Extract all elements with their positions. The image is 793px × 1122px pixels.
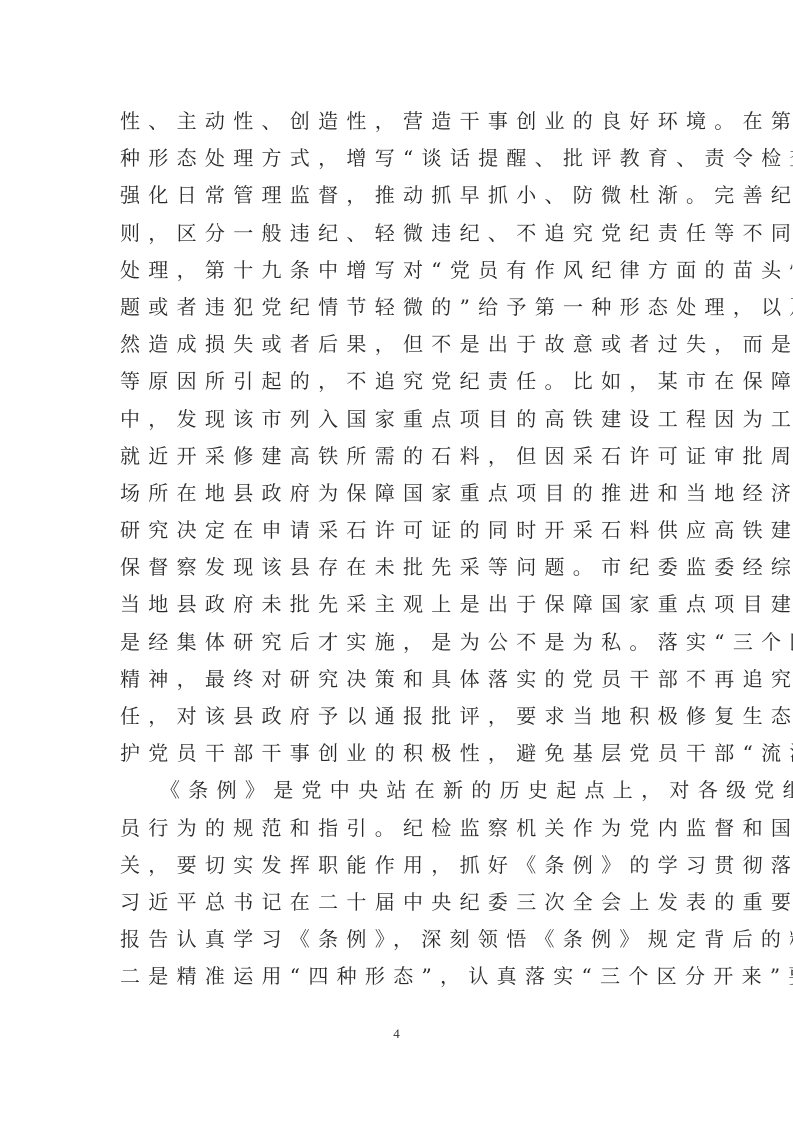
text-line: 性、主动性、创造性，营造干事创业的良好环境。在第五条充实第一 [120, 103, 700, 140]
text-line: 保督察发现该县存在未批先采等问题。市纪委监委经综合研判，认为 [120, 549, 700, 586]
text-line: 当地县政府未批先采主观上是出于保障国家重点项目建设，客观上也 [120, 586, 700, 623]
body-text: 性、主动性、创造性，营造干事创业的良好环境。在第五条充实第一 种形态处理方式，增… [120, 103, 700, 996]
text-line: 精神，最终对研究决策和具体落实的党员干部不再追究党纪政务责 [120, 661, 700, 698]
text-line: 就近开采修建高铁所需的石料，但因采石许可证审批周期较长，采石 [120, 438, 700, 475]
document-page: 性、主动性、创造性，营造干事创业的良好环境。在第五条充实第一 种形态处理方式，增… [0, 0, 793, 1122]
text-line: 护党员干部干事创业的积极性，避免基层党员干部“流汗又流泪”。 [120, 735, 700, 772]
text-line: 中，发现该市列入国家重点项目的高铁建设工程因为工期紧张，需要 [120, 401, 700, 438]
page-number: 4 [0, 1026, 793, 1042]
text-line: 场所在地县政府为保障国家重点项目的推进和当地经济发展，经集体 [120, 475, 700, 512]
text-line: 种形态处理方式，增写“谈话提醒、批评教育、责令检查、诫勉”， [120, 140, 700, 177]
text-line: 关，要切实发挥职能作用，抓好《条例》的学习贯彻落实。一是结合 [120, 847, 700, 884]
text-line: 然造成损失或者后果，但不是出于故意或者过失，而是由于不可抗力 [120, 326, 700, 363]
text-line: 题或者违犯党纪情节轻微的”给予第一种形态处理，以及党员行为虽 [120, 289, 700, 326]
text-line: 报告认真学习《条例》，深刻领悟《条例》规定背后的精神和考量。 [120, 921, 700, 958]
text-line: 二是精准运用“四种形态”，认真落实“三个区分开来”要求。坚持 [120, 958, 700, 995]
text-line: 是经集体研究后才实施，是为公不是为私。落实“三个区分开来”的 [120, 624, 700, 661]
text-line: 强化日常管理监督，推动抓早抓小、防微杜渐。完善纪律处分运用规 [120, 177, 700, 214]
text-line: 员行为的规范和指引。纪检监察机关作为党内监督和国家监察专责机 [120, 810, 700, 847]
text-line: 任，对该县政府予以通报批评，要求当地积极修复生态环境，从而保 [120, 698, 700, 735]
text-line: 习近平总书记在二十届中央纪委三次全会上发表的重要讲话及全会 [120, 884, 700, 921]
text-line: 研究决定在申请采石许可证的同时开采石料供应高铁建设项目。后环 [120, 512, 700, 549]
text-line: 则，区分一般违纪、轻微违纪、不追究党纪责任等不同情形给予相应 [120, 215, 700, 252]
text-line: 处理，第十九条中增写对“党员有作风纪律方面的苗头性、倾向性问 [120, 252, 700, 289]
text-line: 等原因所引起的，不追究党纪责任。比如，某市在保障经济发展过程 [120, 363, 700, 400]
text-line-paragraph-start: 《条例》是党中央站在新的历史起点上，对各级党组织和全体党 [120, 772, 700, 809]
